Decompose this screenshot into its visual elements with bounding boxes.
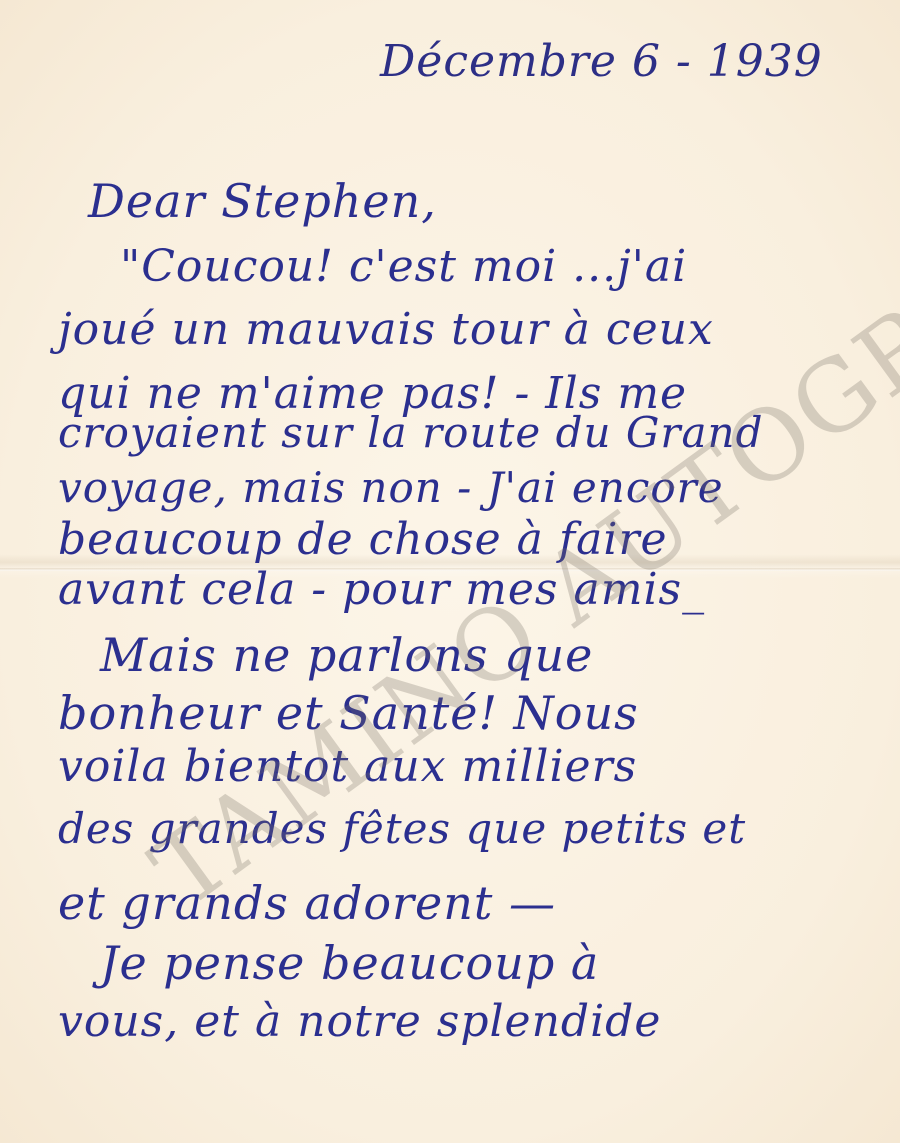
letter-line: joué un mauvais tour à ceux (58, 308, 714, 352)
letter-line: Mais ne parlons que (100, 632, 593, 678)
letter-line: bonheur et Santé! Nous (58, 690, 639, 736)
letter-date: Décembre 6 - 1939 (380, 40, 823, 84)
letter-line: des grandes fêtes que petits et (58, 808, 746, 850)
letter-line: croyaient sur la route du Grand (58, 412, 763, 454)
letter-line: voila bientot aux milliers (58, 745, 637, 789)
letter-line: beaucoup de chose à faire (58, 518, 668, 562)
letter-page: Décembre 6 - 1939 Dear Stephen, "Coucou!… (0, 0, 900, 1143)
letter-line: vous, et à notre splendide (58, 1000, 661, 1044)
letter-salutation: Dear Stephen, (88, 178, 437, 224)
letter-line: voyage, mais non - J'ai encore (58, 467, 724, 509)
letter-line: Je pense beaucoup à (100, 940, 599, 986)
letter-line: avant cela - pour mes amis_ (58, 568, 705, 612)
letter-line: "Coucou! c'est moi ...j'ai (120, 245, 687, 289)
letter-line: et grands adorent — (58, 880, 556, 926)
